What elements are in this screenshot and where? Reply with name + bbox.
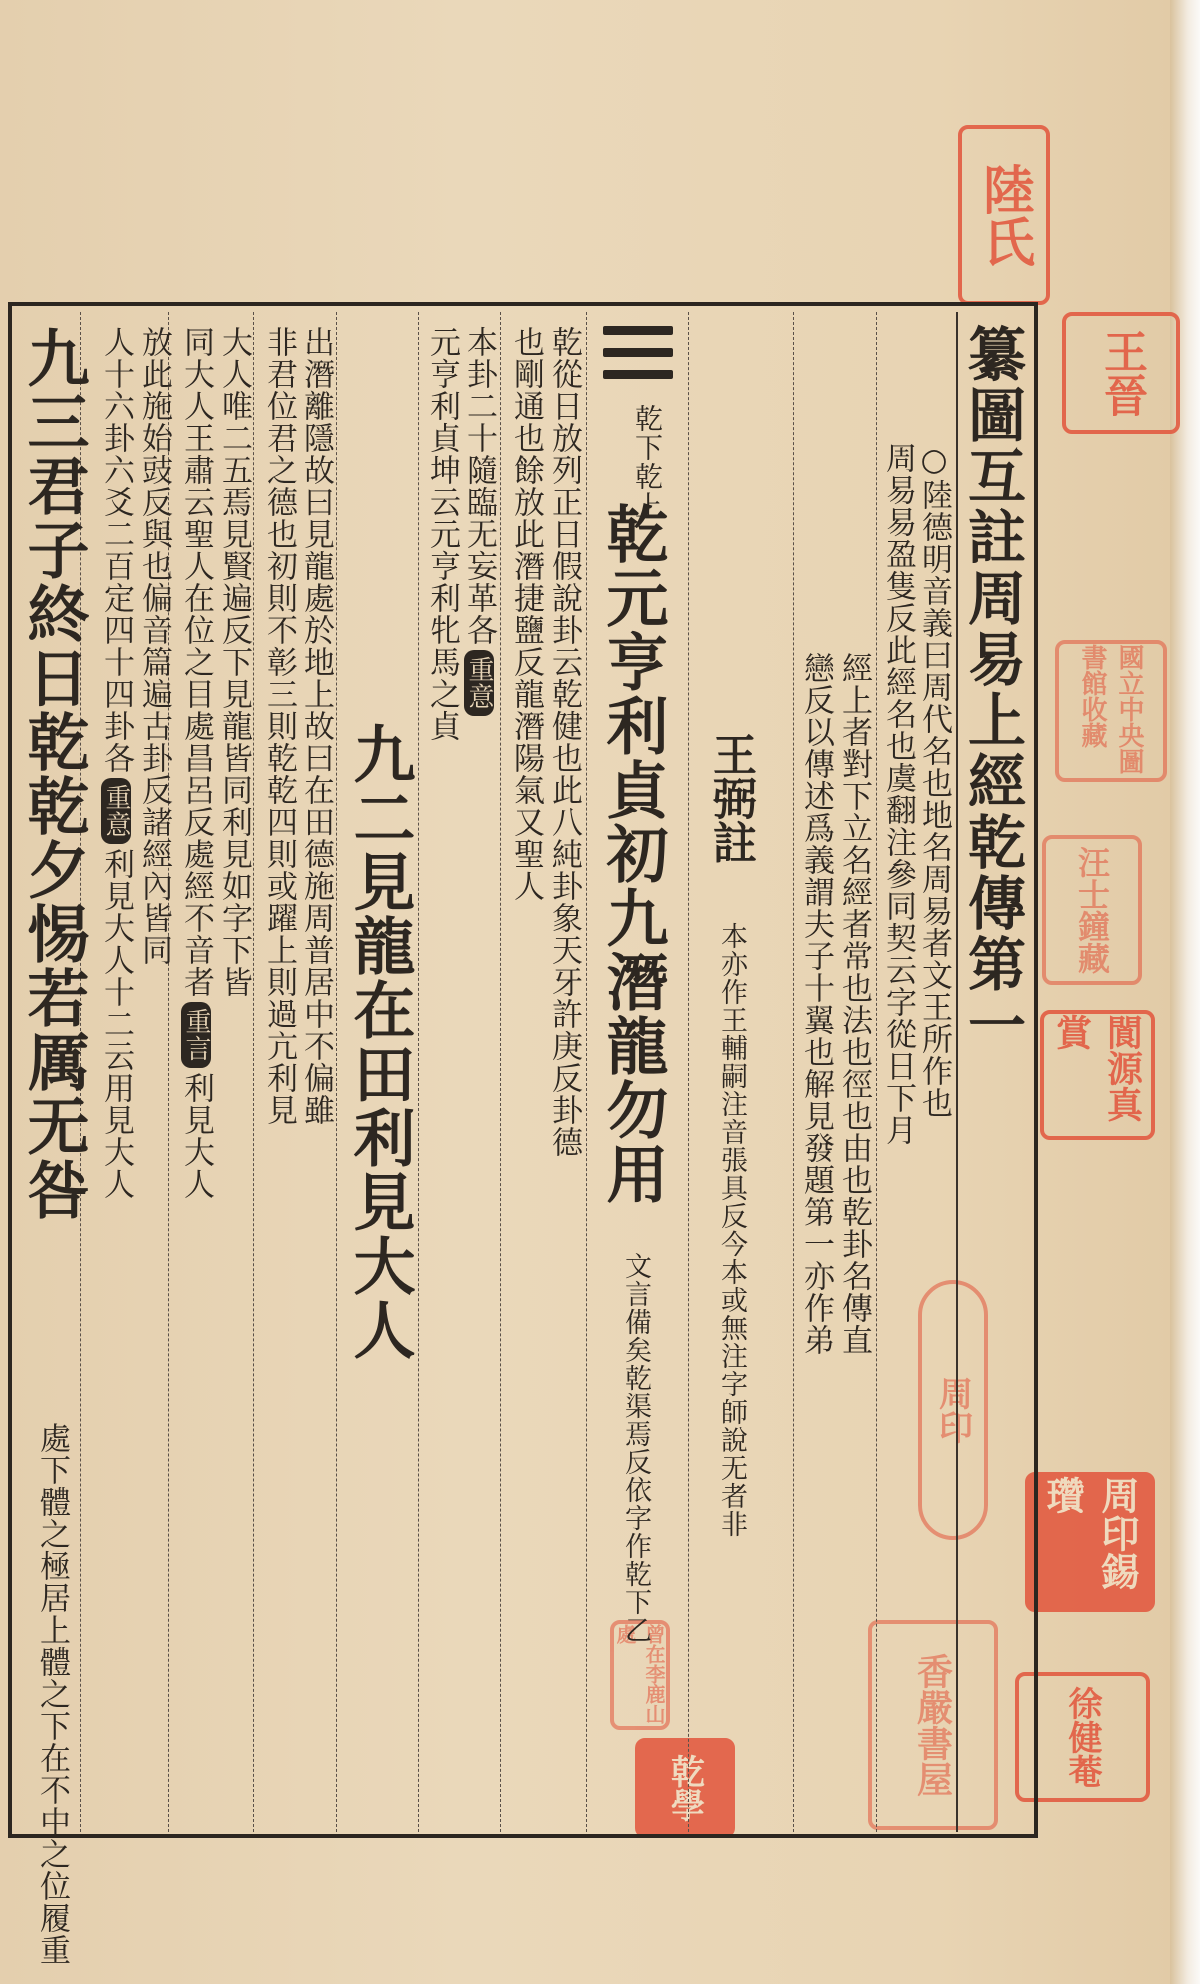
commentary-column: 大人唯二五焉見賢遍反下見龍皆同利見如字下皆 [218, 326, 249, 998]
classic-text-column: 九二見龍在田利見大人 [348, 722, 410, 1362]
column-rule [336, 312, 337, 1832]
commentary-column: 本卦二十隨臨无妄革各重意 [463, 326, 494, 720]
commentary-column: 元亨利貞坤云元亨利牝馬之貞 [426, 326, 457, 742]
seal-collector-3: 閬源真賞 [1040, 1010, 1155, 1140]
commentary-column: 同大人王肅云聖人在位之目處昌呂反處經不音者重言利見大人 [180, 326, 211, 1200]
tag-chongyi: 重意 [101, 778, 131, 844]
seal-collector-4: 周印錫瓚 [1025, 1472, 1155, 1612]
tag-chongyi: 重意 [464, 650, 494, 716]
seal-collector-2: 汪士鐘藏 [1042, 835, 1142, 985]
column-rule [586, 312, 587, 1832]
text-block: 纂圖互註周易上經乾傳第一 ○陸德明音義曰周代名也地名周易者文王所作也 周易易盈隻… [18, 312, 1028, 1828]
column-rule [793, 312, 794, 1832]
commentary-column: 放此施始豉反與也偏音篇遍古卦反諸經內皆同 [138, 326, 169, 966]
commentary-column: 人十六卦六爻二百定四十四卦各重意利見大人十二云用見大人 [100, 326, 131, 1200]
commentary-column: 戀反以傳述爲義謂夫子十翼也解見發題第一亦作弟 [800, 652, 831, 1356]
commentary-column: 也剛通也餘放此潛捷鹽反龍潛陽氣又聖人 [510, 326, 541, 902]
commentary-column: 乾從日放列正日假說卦云乾健也此八純卦象天牙許庚反卦德 [548, 326, 579, 1158]
classic-text-column: 乾元亨利貞初九潛龍勿用 [601, 502, 663, 1206]
commentary-column: 出潛離隱故曰見龍處於地上故曰在田德施周普居中不偏雖 [300, 326, 331, 1126]
page-title: 纂圖互註周易上經乾傳第一 [963, 324, 1021, 1056]
column-rule [500, 312, 501, 1832]
seal-national-library: 國立中央圖書館收藏 [1055, 640, 1167, 782]
commentary-column: 處下體之極居上體之下在不中之位履重 [36, 1422, 67, 1966]
qian-trigram-icon [603, 326, 673, 392]
commentary-column: 周易易盈隻反此經名也虞翻注參同契云字從日下月 [882, 442, 913, 1146]
annotator-note: 本亦作王輔嗣注音張具反今本或無注字師說无者非 [718, 922, 745, 1538]
column-rule [688, 312, 689, 1832]
seal-wang: 王晉 [1062, 312, 1180, 434]
annotator-name: 王弼註 [705, 732, 756, 864]
column-rule [253, 312, 254, 1832]
commentary-column: ○陸德明音義曰周代名也地名周易者文王所作也 [918, 442, 949, 1119]
commentary-column: 經上者對下立名經者常也法也徑也由也乾卦名傳直 [838, 652, 869, 1356]
print-frame: 纂圖互註周易上經乾傳第一 ○陸德明音義曰周代名也地名周易者文王所作也 周易易盈隻… [8, 302, 1038, 1838]
column-rule [418, 312, 419, 1832]
page-edge [1170, 0, 1200, 1984]
commentary-column: 文言備矣乾渠焉反依字作乾下乙 [622, 1252, 649, 1644]
annotator-column: 王弼註 [708, 732, 752, 864]
column-rule [876, 312, 877, 1832]
commentary-column: 非君位君之德也初則不彰三則乾乾四則或躍上則過亢利見 [263, 326, 294, 1126]
classic-text-column: 九三君子終日乾乾夕惕若厲无咎 [22, 326, 84, 1222]
seal-lu: 陸氏 [958, 125, 1050, 305]
tag-chongyan: 重言 [181, 1002, 211, 1068]
